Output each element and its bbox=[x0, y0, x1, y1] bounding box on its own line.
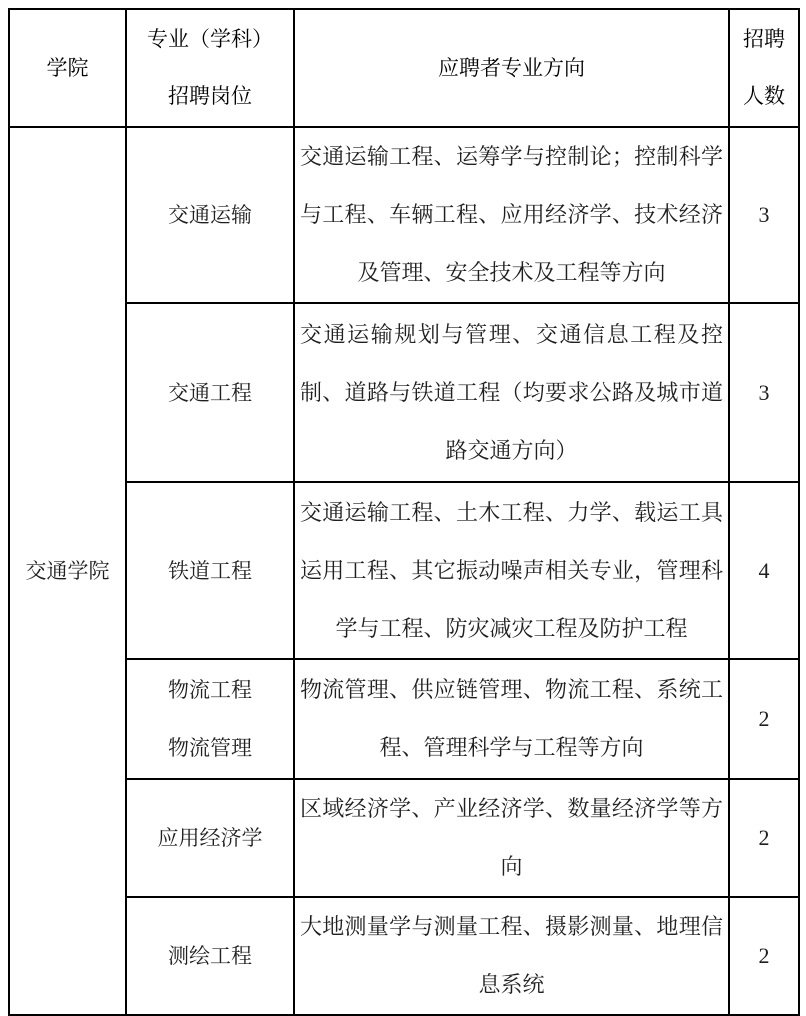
position-cell: 交通工程 bbox=[126, 303, 294, 482]
direction-cell: 交通运输工程、运筹学与控制论；控制科学与工程、车辆工程、应用经济学、技术经济及管… bbox=[294, 127, 729, 303]
count-cell: 4 bbox=[729, 482, 799, 659]
college-cell: 交通学院 bbox=[9, 127, 126, 1015]
direction-cell: 物流管理、供应链管理、物流工程、系统工程、管理科学与工程等方向 bbox=[294, 659, 729, 779]
header-count: 招聘 人数 bbox=[729, 9, 799, 127]
table-row: 铁道工程 交通运输工程、土木工程、力学、载运工具运用工程、其它振动噪声相关专业，… bbox=[9, 482, 799, 659]
table-row: 交通学院 交通运输 交通运输工程、运筹学与控制论；控制科学与工程、车辆工程、应用… bbox=[9, 127, 799, 303]
position-cell: 应用经济学 bbox=[126, 779, 294, 897]
position-cell: 物流工程 物流管理 bbox=[126, 659, 294, 779]
table-row: 应用经济学 区域经济学、产业经济学、数量经济学等方向 2 bbox=[9, 779, 799, 897]
position-cell: 交通运输 bbox=[126, 127, 294, 303]
header-row: 学院 专业（学科） 招聘岗位 应聘者专业方向 招聘 人数 bbox=[9, 9, 799, 127]
direction-cell: 交通运输规划与管理、交通信息工程及控制、道路与铁道工程（均要求公路及城市道路交通… bbox=[294, 303, 729, 482]
count-cell: 3 bbox=[729, 303, 799, 482]
position-cell: 铁道工程 bbox=[126, 482, 294, 659]
table-row: 交通工程 交通运输规划与管理、交通信息工程及控制、道路与铁道工程（均要求公路及城… bbox=[9, 303, 799, 482]
count-cell: 2 bbox=[729, 779, 799, 897]
direction-cell: 交通运输工程、土木工程、力学、载运工具运用工程、其它振动噪声相关专业，管理科学与… bbox=[294, 482, 729, 659]
count-cell: 2 bbox=[729, 897, 799, 1015]
recruitment-table: 学院 专业（学科） 招聘岗位 应聘者专业方向 招聘 人数 交通学院 交通运输 交… bbox=[8, 8, 800, 1016]
count-cell: 2 bbox=[729, 659, 799, 779]
header-college: 学院 bbox=[9, 9, 126, 127]
header-position: 专业（学科） 招聘岗位 bbox=[126, 9, 294, 127]
table-row: 测绘工程 大地测量学与测量工程、摄影测量、地理信息系统 2 bbox=[9, 897, 799, 1015]
document-page: 学院 专业（学科） 招聘岗位 应聘者专业方向 招聘 人数 交通学院 交通运输 交… bbox=[0, 0, 806, 1006]
table-row: 物流工程 物流管理 物流管理、供应链管理、物流工程、系统工程、管理科学与工程等方… bbox=[9, 659, 799, 779]
direction-cell: 区域经济学、产业经济学、数量经济学等方向 bbox=[294, 779, 729, 897]
position-cell: 测绘工程 bbox=[126, 897, 294, 1015]
count-cell: 3 bbox=[729, 127, 799, 303]
header-direction: 应聘者专业方向 bbox=[294, 9, 729, 127]
direction-cell: 大地测量学与测量工程、摄影测量、地理信息系统 bbox=[294, 897, 729, 1015]
